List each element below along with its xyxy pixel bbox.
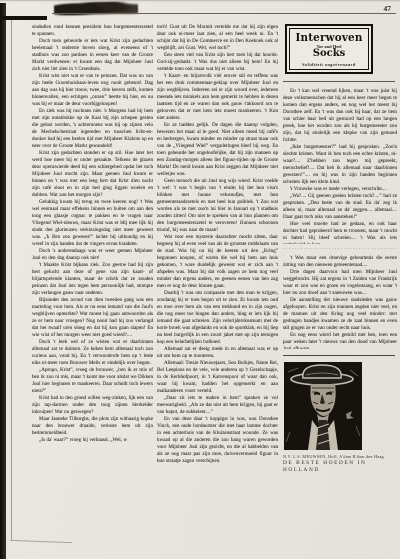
paragraph: „Apropo, Krist”, vroeg de brouwer, „ben … (32, 367, 153, 395)
scanned-magazine-page: 47 sindsdien rond kunnen president hun b… (0, 0, 400, 559)
illustration-caption-line2: DE BESTE HOEDEN IN HOLLAND (283, 460, 397, 474)
paragraph: Allemaal: Trezie Nieuwejaars, Soo Buikje… (157, 360, 278, 395)
paragraph: Doch 's anderendaags was er weer geenen … (32, 248, 153, 262)
paragraph: „Ikke burgemeester?” had hij gesproken. … (283, 144, 397, 186)
ad-brand-name: Interwoven (292, 32, 366, 43)
text-column-left: sindsdien rond kunnen president hun burg… (32, 24, 153, 464)
paragraph: Doch 't leek wel of ze wisten wat er daa… (32, 339, 153, 367)
hat-ad-portrait-illustration (284, 362, 362, 450)
paragraph: En 't kan wel vreemd lijken, maar 't was… (283, 88, 397, 144)
paragraph: Allemaal zat er deeig mede in en allemaa… (157, 346, 278, 360)
ad-product-name: Socks (292, 49, 366, 59)
paragraph: Hoe veel moeite had ze gedaan, en ook ha… (283, 221, 397, 244)
paragraph: 't Was maar een droevige gebeurtenis die… (283, 255, 397, 269)
paragraph: Doch toen gebeurde er iets wat Krist zij… (32, 38, 153, 73)
interwoven-ad-frame: Interwoven Toe and Heel Socks Soliditeit… (289, 28, 369, 70)
page-edge-bottom-line (10, 540, 72, 543)
page-edge-inner-line (11, 20, 12, 540)
column-divider-rule (283, 81, 395, 82)
paragraph: 't Kaart- en biljartvolk viel erover sti… (157, 73, 278, 122)
page-edge-corner (0, 16, 47, 20)
paragraph: Drie dagen daarvoor had men Mijnheer Juu… (283, 269, 397, 297)
paragraph: „Daar zit iets te maken in hem” spraken … (157, 395, 278, 416)
header-rule (52, 13, 396, 14)
illustration-divider-rule (283, 355, 395, 356)
page-number: 47 (384, 4, 392, 13)
paragraph: 't Maakte Krist bijkans ziek. Zoo geerne… (32, 262, 153, 297)
text-column-right-bottom: 't Was maar een droevige gebeurtenis die… (283, 255, 397, 349)
section-separator-dots: ........................................… (283, 246, 397, 252)
paragraph: Geen mensch die uit Juul nog wijs wierd.… (157, 178, 278, 234)
paragraph: Bijzonder den avond van dien tweeden gan… (32, 297, 153, 339)
interwoven-ad: Interwoven Toe and Heel Socks Soliditeit… (285, 24, 373, 74)
paragraph: „Is da' waar?” vroeg hij verbaasd. „Wel,… (32, 437, 153, 444)
paragraph: Krist wist niet wat er van te peinzen. D… (32, 73, 153, 108)
illustration-caption-line1: N.V. J. S. MEUWSEN, Hofl. A'dam R'dam de… (283, 454, 397, 460)
paragraph: toch! Gust uit De Marmit vertelde me dat… (157, 24, 278, 52)
paragraph: „Wa?.... Gij geenen goeien kristen toch?… (283, 193, 397, 221)
ad-tagline: Soliditeit ongeëvenaard (292, 62, 366, 67)
paragraph: Krist had in den grond willen weg-zinken… (32, 395, 153, 416)
paragraph: En ze hadden gelijk. De dagen die daarop… (157, 122, 278, 178)
paragraph: Krist zijn gedachten stonden er op stil.… (32, 150, 153, 199)
right-column: Interwoven Toe and Heel Socks Soliditeit… (283, 24, 397, 474)
paragraph: Maar Janneke Tilborghs, die plots zijn w… (32, 416, 153, 437)
paragraph: En van deze daar 't koppigst in was, was… (157, 416, 278, 464)
page-edge-left (0, 3, 6, 559)
text-column-right-top: En 't kan wel vreemd lijken, maar 't was… (283, 88, 397, 244)
paragraph: Een steen viel van Krist zijn hert toen … (157, 52, 278, 73)
text-column-middle: toch! Gust uit De Marmit vertelde me dat… (157, 24, 278, 464)
paragraph: Gelukkig kwam hij terug en twee keeren n… (32, 199, 153, 248)
paragraph: Daarbij 't was om compassie met den man … (157, 290, 278, 346)
paragraph: En nog eens wierd het gemild met hen, to… (283, 332, 397, 349)
paragraph: Wat voor een mysterie daarachter mocht z… (157, 234, 278, 290)
paragraph: sindsdien rond kunnen president hun burg… (32, 24, 153, 38)
paragraph: En ziek was hij nochtans niet. 's Morgen… (32, 108, 153, 150)
paragraph: 't Vrouwke was er mede verlegen, verschr… (283, 186, 397, 193)
paragraph: De aanstelling der nieuwe raadsleden was… (283, 297, 397, 332)
